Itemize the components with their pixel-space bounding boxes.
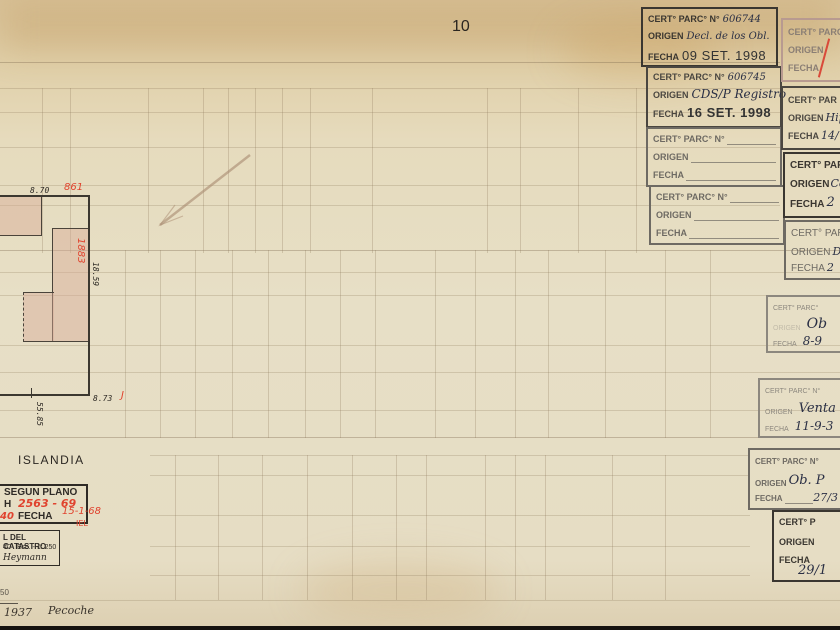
grid-line	[0, 345, 840, 346]
grid-line	[665, 250, 666, 438]
aged-stain	[300, 560, 500, 620]
fecha-value: 09 SET. 1998	[682, 49, 766, 63]
grid-line	[0, 437, 840, 438]
grid-line	[710, 250, 711, 438]
grid-line	[150, 455, 750, 456]
origen-label: ORIGEN	[755, 480, 787, 489]
cert-value: 606745	[728, 72, 766, 83]
origen-value: Decl. de los Obl.	[687, 31, 770, 42]
lot-boundary	[88, 195, 90, 395]
dimension-bottom: 55.85	[35, 402, 44, 426]
origen-label: ORIGEN	[656, 211, 692, 221]
grid-line	[545, 455, 546, 600]
catastro-prefix: 40	[3, 544, 11, 551]
grid-line	[352, 455, 353, 600]
cert-label: CERT° PAR	[788, 96, 837, 106]
register-page: 10 8.70 861 1883 18.59 8.73 J 55.85 ISLA…	[0, 0, 840, 626]
dimension-bottom-right: 8.73	[93, 394, 112, 403]
grid-line	[475, 250, 476, 438]
cert-label: CERT° PARC° N°	[653, 135, 725, 145]
grid-line	[0, 372, 840, 373]
grid-line	[612, 455, 613, 600]
footer-rule	[0, 603, 18, 604]
dimension-top: 8.70	[30, 186, 49, 195]
dimension-right-red: 1883	[75, 238, 86, 263]
street-name: ISLANDIA	[18, 453, 85, 467]
dimension-bottom-right-red: J	[121, 390, 124, 401]
grid-line	[515, 250, 516, 438]
north-arrow-icon	[155, 150, 255, 230]
cert-label: CERT° PARC° N°	[656, 193, 728, 203]
cert-label: CERT° PARC°	[788, 28, 840, 38]
origen-label: ORIGEN	[790, 179, 829, 190]
grid-line	[0, 295, 840, 296]
origen-label: ORIGEN	[791, 247, 830, 258]
fecha-value: 2	[826, 196, 834, 210]
parcel-certificate-stamp: CERT° PARC° N° ORIGENVenta FECHA11-9-3	[758, 378, 840, 438]
lot-boundary	[0, 195, 89, 197]
segun-plano-stamp: SEGUN PLANO H 2563 - 69 40 FECHA	[0, 484, 88, 524]
grid-line	[0, 250, 840, 251]
cert-label: CERT° PARC° N°	[765, 388, 820, 396]
origen-value: D	[832, 246, 840, 258]
fecha-label: FECHA	[18, 511, 52, 522]
stamp-prefix: H	[4, 499, 11, 510]
grid-line	[636, 88, 637, 253]
dimension-right: 18.59	[91, 262, 100, 286]
parcel-certificate-stamp: CERT° PARC° N° ORIGENOb. P FECHA27/3	[748, 448, 840, 510]
cert-value: 606744	[723, 14, 761, 25]
origen-label: ORIGEN	[765, 409, 793, 417]
cert-label: CERT° PARC° N°	[653, 73, 725, 83]
grid-line	[307, 455, 308, 600]
lot-boundary	[0, 394, 90, 396]
cert-label: CERT° PARC° N°	[755, 458, 819, 467]
fecha-label: FECHA	[648, 53, 679, 63]
grid-line	[520, 88, 521, 253]
fecha-label: FECHA	[765, 426, 789, 434]
origen-label: ORIGEN	[788, 46, 824, 56]
grid-line	[150, 515, 750, 516]
plan-initials: IEL	[76, 519, 88, 528]
grid-line	[426, 455, 427, 600]
origen-value: CDS/P Registro	[692, 88, 787, 101]
fecha-label: FECHA	[791, 263, 825, 274]
fecha-label: FECHA	[773, 341, 797, 349]
cert-label: CERT° P	[779, 518, 816, 528]
fecha-label: FECHA	[656, 229, 687, 239]
origen-value: Hip	[826, 112, 840, 124]
grid-line	[160, 250, 161, 438]
grid-line	[150, 575, 750, 576]
catastro-signature: Heymann	[3, 553, 47, 563]
parcel-certificate-stamp: CERT° PARC° ORIGEN FECHA	[781, 18, 840, 82]
parcel-certificate-stamp: CERT° PARC° N°606744 ORIGENDecl. de los …	[641, 7, 778, 67]
origen-label: ORIGEN	[648, 32, 684, 42]
grid-line	[42, 88, 43, 253]
fecha-label: FECHA	[755, 495, 783, 504]
footer-fragment: 50	[0, 588, 9, 597]
grid-line	[282, 88, 283, 253]
plan-date: 15-1-68	[62, 506, 101, 517]
fecha-value: 27/3	[813, 492, 838, 504]
grid-line	[268, 250, 269, 438]
fecha-value: 11-9-3	[795, 420, 834, 433]
parcel-certificate-stamp: CERT° PARC° N° ORIGEN FECHA	[646, 127, 782, 187]
cert-label: CERT° PAR	[791, 228, 840, 239]
plan-prefix: 40	[0, 511, 14, 522]
parcel-block	[0, 196, 42, 236]
page-number: 10	[452, 18, 470, 36]
fecha-value: 2	[827, 262, 834, 274]
grid-line	[578, 88, 579, 253]
grid-line	[0, 410, 840, 411]
grid-line	[125, 250, 126, 438]
grid-line	[255, 88, 256, 253]
grid-line	[435, 250, 436, 438]
fecha-value: 14/	[821, 130, 839, 142]
grid-line	[218, 455, 219, 600]
grid-line	[340, 250, 341, 438]
grid-line	[548, 250, 549, 438]
origen-label: ORIGEN	[779, 538, 815, 548]
grid-line	[232, 250, 233, 438]
footer-year: 1937	[4, 606, 32, 619]
parcel-certificate-stamp: CERT° PARC° ORIGENOb FECHA8-9	[766, 295, 840, 353]
catastro-scale: Esc. - 1: 250	[17, 544, 56, 551]
origen-label: ORIGEN	[788, 114, 824, 124]
scan-edge	[0, 626, 840, 630]
fecha-label: FECHA	[788, 64, 819, 74]
parcel-block	[23, 292, 54, 342]
grid-line	[150, 546, 750, 547]
footer-signature: Pecoche	[48, 604, 94, 617]
fecha-value: 8-9	[803, 335, 822, 348]
fecha-value: 29/1	[798, 564, 827, 578]
parcel-certificate-stamp: CERT° PAR ORIGENHip FECHA14/	[781, 86, 840, 150]
grid-line	[485, 455, 486, 600]
grid-line	[0, 600, 840, 601]
grid-line	[262, 455, 263, 600]
grid-line	[515, 455, 516, 600]
cert-label: CERT° PAR	[790, 160, 840, 171]
grid-line	[605, 250, 606, 438]
grid-line	[175, 455, 176, 600]
origen-value: Ob	[807, 317, 827, 332]
parcel-certificate-stamp: CERT° PAR ORIGENCe FECHA2	[783, 152, 840, 218]
grid-line	[372, 88, 373, 253]
dimension-top-red: 861	[64, 182, 83, 193]
cert-label: CERT° PARC° N°	[648, 15, 720, 25]
parcel-certificate-stamp: CERT° P ORIGEN FECHA 29/1	[772, 510, 840, 582]
origen-label: ORIGEN	[653, 91, 689, 101]
origen-label: ORIGEN	[653, 153, 689, 163]
origen-value: Ce	[830, 178, 840, 190]
grid-line	[195, 250, 196, 438]
origen-value: Venta	[799, 402, 836, 416]
origen-label: ORIGEN	[773, 325, 801, 333]
grid-line	[487, 88, 488, 253]
lot-boundary	[31, 388, 32, 398]
grid-line	[396, 455, 397, 600]
parcel-certificate-stamp: CERT° PARC° N°606745 ORIGENCDS/P Registr…	[646, 66, 782, 128]
catastro-stamp: L DEL CATASTRO 40 Esc. - 1: 250 Heymann	[0, 530, 60, 566]
grid-line	[150, 475, 750, 476]
grid-line	[310, 88, 311, 253]
grid-line	[305, 250, 306, 438]
fecha-value: 16 SET. 1998	[687, 106, 771, 120]
fecha-label: FECHA	[788, 132, 819, 142]
fecha-label: FECHA	[653, 171, 684, 181]
origen-value: Ob. P	[789, 474, 825, 488]
grid-line	[375, 250, 376, 438]
fecha-label: FECHA	[653, 110, 684, 120]
parcel-certificate-stamp: CERT° PAR ORIGEND FECHA2	[784, 220, 840, 280]
grid-line	[665, 455, 666, 600]
grid-line	[148, 88, 149, 253]
grid-line	[0, 272, 840, 273]
parcel-certificate-stamp: CERT° PARC° N° ORIGEN FECHA	[649, 185, 785, 245]
fecha-label: FECHA	[790, 199, 824, 210]
cert-label: CERT° PARC°	[773, 305, 818, 313]
